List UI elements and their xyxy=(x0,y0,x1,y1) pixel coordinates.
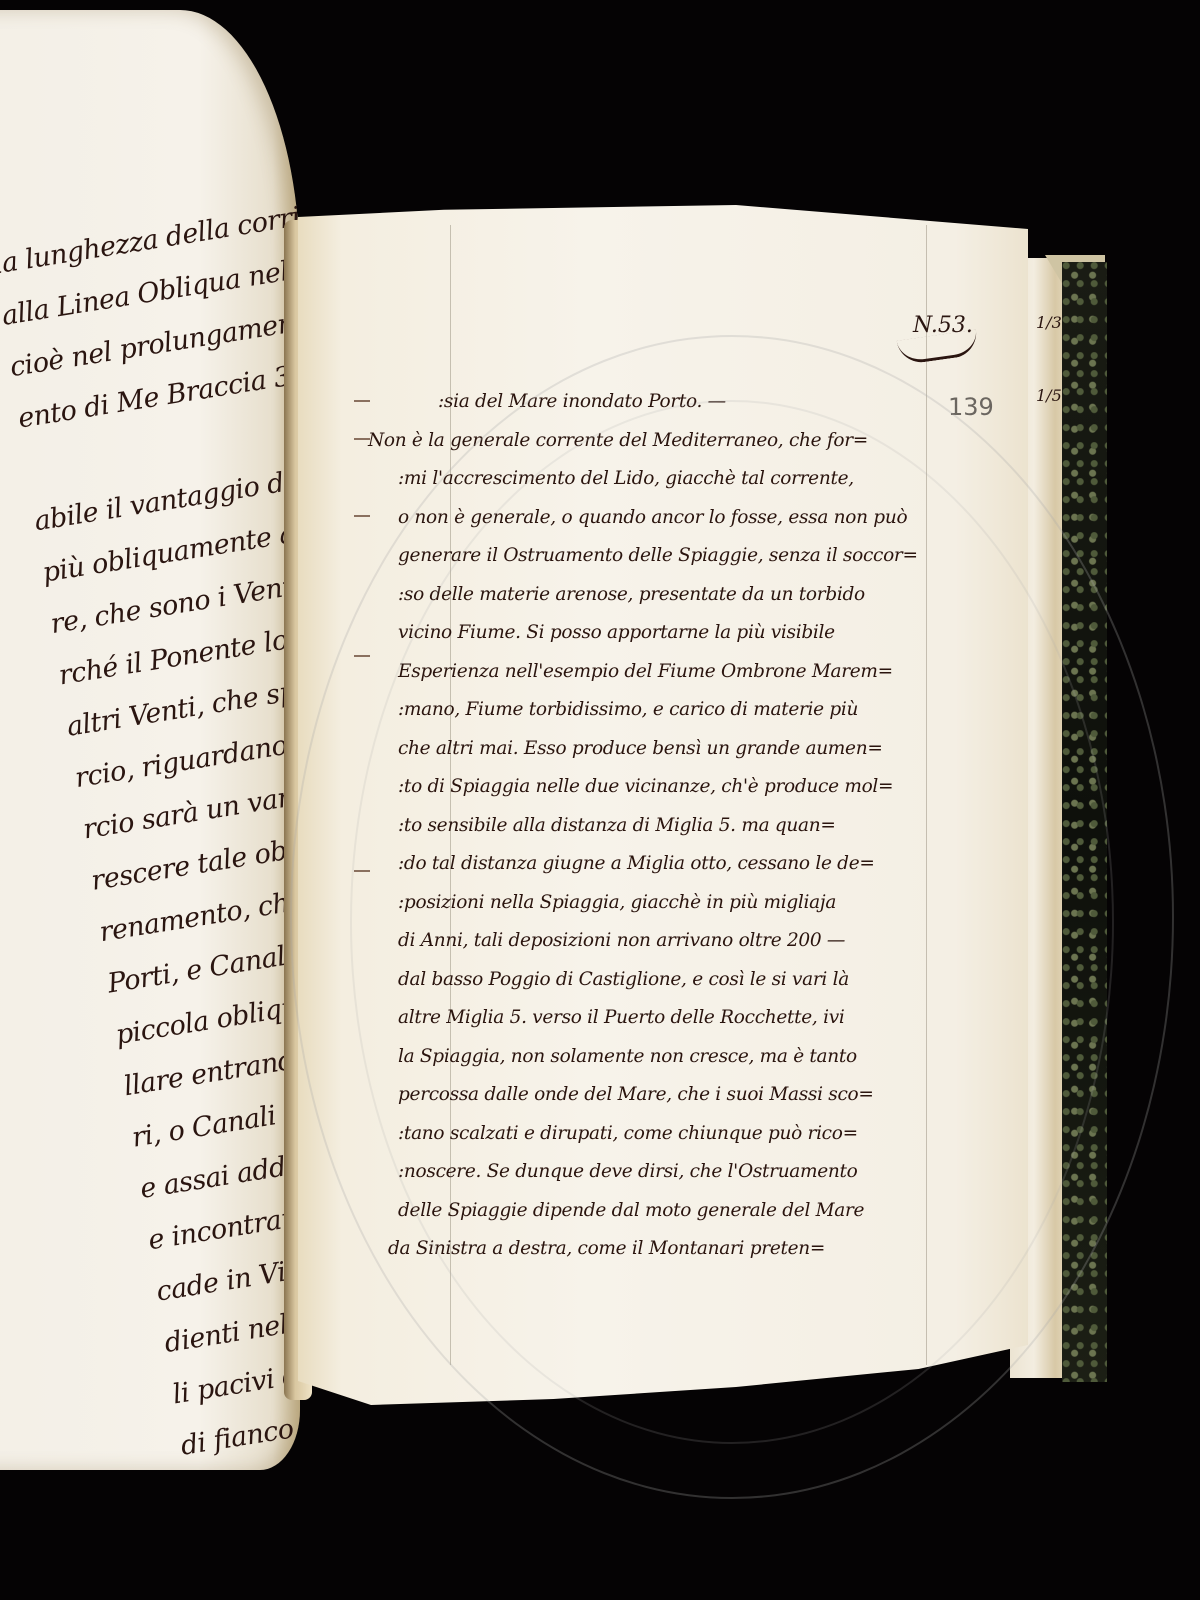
left-page-text: la lunghezza della corrispondente alla L… xyxy=(0,190,300,1470)
right-line: altre Miglia 5. verso il Puerto delle Ro… xyxy=(398,999,998,1038)
right-line: delle Spiaggie dipende dal moto generale… xyxy=(398,1192,998,1231)
right-line: :mi l'accrescimento del Lido, giacchè ta… xyxy=(398,460,998,499)
right-line: vicino Fiume. Si posso apportarne la più… xyxy=(398,614,998,653)
folio-flourish xyxy=(897,330,980,366)
margin-tick xyxy=(354,515,370,517)
right-line: :to sensibile alla distanza di Miglia 5.… xyxy=(398,807,998,846)
right-line: :so delle materie arenose, presentate da… xyxy=(398,576,998,615)
right-line: :do tal distanza giugne a Miglia otto, c… xyxy=(398,845,998,884)
right-page: N.53. 139 :sia del Mare inondato Porto. … xyxy=(298,205,1028,1405)
manuscript-photo: la lunghezza della corrispondente alla L… xyxy=(0,0,1200,1600)
margin-tick xyxy=(354,870,370,872)
left-page: la lunghezza della corrispondente alla L… xyxy=(0,10,300,1470)
right-line: :to di Spiaggia nelle due vicinanze, ch'… xyxy=(398,768,998,807)
right-line: :tano scalzati e dirupati, come chiunque… xyxy=(398,1115,998,1154)
right-line: :sia del Mare inondato Porto. — xyxy=(398,383,998,422)
right-line: di Anni, tali deposizioni non arrivano o… xyxy=(398,922,998,961)
right-line: dal basso Poggio di Castiglione, e così … xyxy=(398,961,998,1000)
right-line: generare il Ostruamento delle Spiaggie, … xyxy=(398,537,998,576)
right-line: :noscere. Se dunque deve dirsi, che l'Os… xyxy=(398,1153,998,1192)
right-page-text: :sia del Mare inondato Porto. — Non è la… xyxy=(398,383,998,1269)
stack-mark: 1/5 xyxy=(1036,386,1062,405)
right-line: :mano, Fiume torbidissimo, e carico di m… xyxy=(398,691,998,730)
margin-tick xyxy=(354,655,370,657)
right-line: che altri mai. Esso produce bensì un gra… xyxy=(398,730,998,769)
marbled-cover xyxy=(1062,262,1107,1382)
right-line: Esperienza nell'esempio del Fiume Ombron… xyxy=(398,653,998,692)
margin-tick xyxy=(354,400,370,402)
stack-mark: 1/3 xyxy=(1036,313,1062,332)
right-line: percossa dalle onde del Mare, che i suoi… xyxy=(398,1076,998,1115)
right-line: la Spiaggia, non solamente non cresce, m… xyxy=(398,1038,998,1077)
right-line: Non è la generale corrente del Mediterra… xyxy=(368,422,998,461)
right-line: da Sinistra a destra, come il Montanari … xyxy=(388,1230,998,1269)
right-line: o non è generale, o quando ancor lo foss… xyxy=(398,499,998,538)
right-line: :posizioni nella Spiaggia, giacchè in pi… xyxy=(398,884,998,923)
